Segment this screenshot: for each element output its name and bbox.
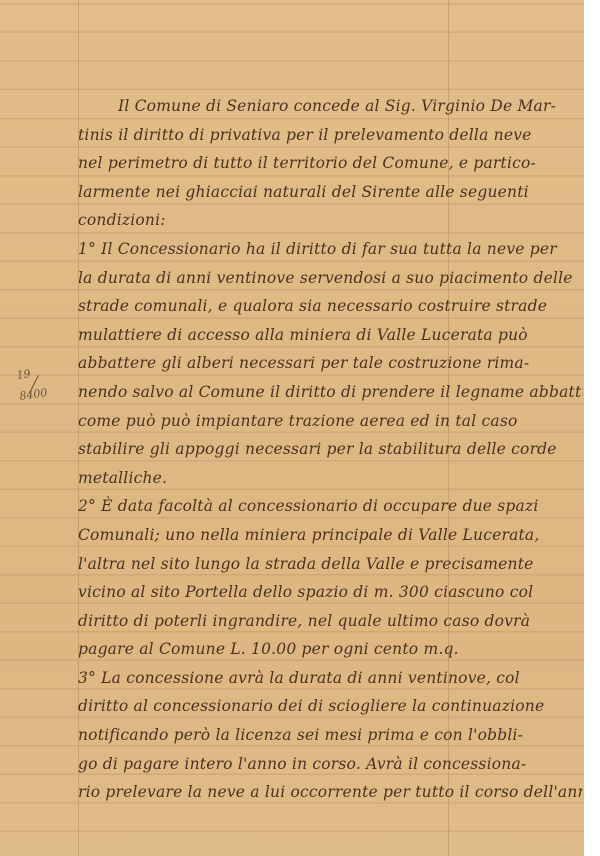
text-line: nel perimetro di tutto il territorio del…	[78, 149, 583, 178]
text-line: 3° La concessione avrà la durata di anni…	[78, 664, 583, 693]
text-line: 2° È data facoltà al concessionario di o…	[78, 492, 583, 521]
text-line: condizioni:	[78, 206, 583, 235]
margin-annotation: 19 8400	[16, 366, 48, 403]
text-line: larmente nei ghiacciai naturali del Sire…	[78, 178, 583, 207]
margin-note-denominator: 8400	[19, 386, 49, 403]
margin-note-numerator: 19	[16, 367, 32, 382]
text-line: tinis il diritto di privativa per il pre…	[78, 121, 583, 150]
text-line: 1° Il Concessionario ha il diritto di fa…	[78, 235, 583, 264]
text-line: Il Comune di Seniaro concede al Sig. Vir…	[78, 92, 583, 121]
text-line: l'altra nel sito lungo la strada della V…	[78, 550, 583, 579]
text-line: stabilire gli appoggi necessari per la s…	[78, 435, 583, 464]
text-line: Comunali; uno nella miniera principale d…	[78, 521, 583, 550]
text-line: abbattere gli alberi necessari per tale …	[78, 349, 583, 378]
text-line: come può può impiantare trazione aerea e…	[78, 407, 583, 436]
manuscript-page: 19 8400 Il Comune di Seniaro concede al …	[0, 0, 584, 856]
handwritten-text-block: Il Comune di Seniaro concede al Sig. Vir…	[78, 92, 583, 807]
text-line: rio prelevare la neve a lui occorrente p…	[78, 778, 583, 807]
text-line: notificando però la licenza sei mesi pri…	[78, 721, 583, 750]
text-line: strade comunali, e qualora sia necessari…	[78, 292, 583, 321]
text-line: pagare al Comune L. 10.00 per ogni cento…	[78, 635, 583, 664]
text-line: mulattiere di accesso alla miniera di Va…	[78, 321, 583, 350]
text-line: vicino al sito Portella dello spazio di …	[78, 578, 583, 607]
text-line: diritto al concessionario dei di sciogli…	[78, 692, 583, 721]
text-line: diritto di poterli ingrandire, nel quale…	[78, 607, 583, 636]
text-line: metalliche.	[78, 464, 583, 493]
text-line: nendo salvo al Comune il diritto di pren…	[78, 378, 583, 407]
text-line: go di pagare intero l'anno in corso. Avr…	[78, 750, 583, 779]
text-line: la durata di anni ventinove servendosi a…	[78, 264, 583, 293]
